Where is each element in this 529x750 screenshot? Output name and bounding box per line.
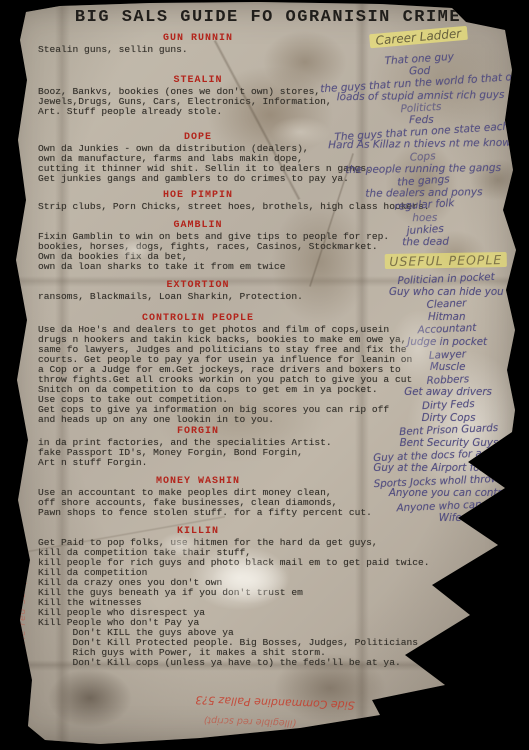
section-heading: EXTORTION	[38, 281, 358, 291]
useful-people-item: Anyone you can control	[374, 487, 526, 500]
left-margin-note-upper: (illegible red script)	[8, 290, 18, 530]
section-heading: HOE PIMPIN	[38, 191, 358, 201]
useful-people-heading: USEFUL PEOPLE	[384, 252, 507, 269]
guide-section: KILLIN Get Paid to pop folks, use hitmen…	[38, 527, 433, 668]
typed-line: Don't Kill cops (unless ya have to) the …	[38, 658, 433, 668]
page-title: BIG SALS GUIDE FO OGRANISIN CRIME	[38, 8, 498, 27]
left-margin-note-lower: (illegible red script)	[18, 528, 28, 678]
section-heading: CONTROLIN PEOPLE	[38, 314, 358, 324]
crumpled-paper-sheet: BIG SALS GUIDE FO OGRANISIN CRIME GUN RU…	[0, 0, 529, 750]
section-heading: STEALIN	[38, 76, 358, 86]
career-ladder-heading: Career Ladder	[369, 26, 468, 48]
bottom-note-line2: (illegible red script)	[135, 712, 365, 731]
section-heading: DOPE	[38, 133, 358, 143]
bottom-note-line1: Side Commandine Pallaz 5?3	[150, 692, 400, 714]
section-lines: Get Paid to pop folks, use hitmen for th…	[38, 538, 433, 668]
section-heading: FORGIN	[38, 427, 358, 437]
career-ladder-annotation: Career Ladder That one guyGodthe guys th…	[318, 23, 526, 252]
section-heading: KILLIN	[38, 527, 358, 537]
section-heading: GUN RUNNIN	[38, 34, 358, 44]
useful-people-annotation: USEFUL PEOPLE Politician in pocketGuy wh…	[370, 249, 527, 526]
useful-people-list: Politician in pocketGuy who can hide you…	[370, 272, 526, 526]
useful-people-item: Bent Security Guys	[373, 437, 525, 450]
useful-people-item: Wife	[374, 512, 526, 525]
career-ladder-item: the dead	[326, 235, 526, 250]
section-heading: GAMBLIN	[38, 221, 358, 231]
useful-people-item: Guy at the Airport for access and info	[373, 462, 525, 475]
photo-stage: BIG SALS GUIDE FO OGRANISIN CRIME GUN RU…	[0, 0, 529, 750]
career-ladder-list: That one guyGodthe guys that run the wor…	[319, 50, 526, 252]
section-heading: MONEY WASHIN	[38, 477, 358, 487]
